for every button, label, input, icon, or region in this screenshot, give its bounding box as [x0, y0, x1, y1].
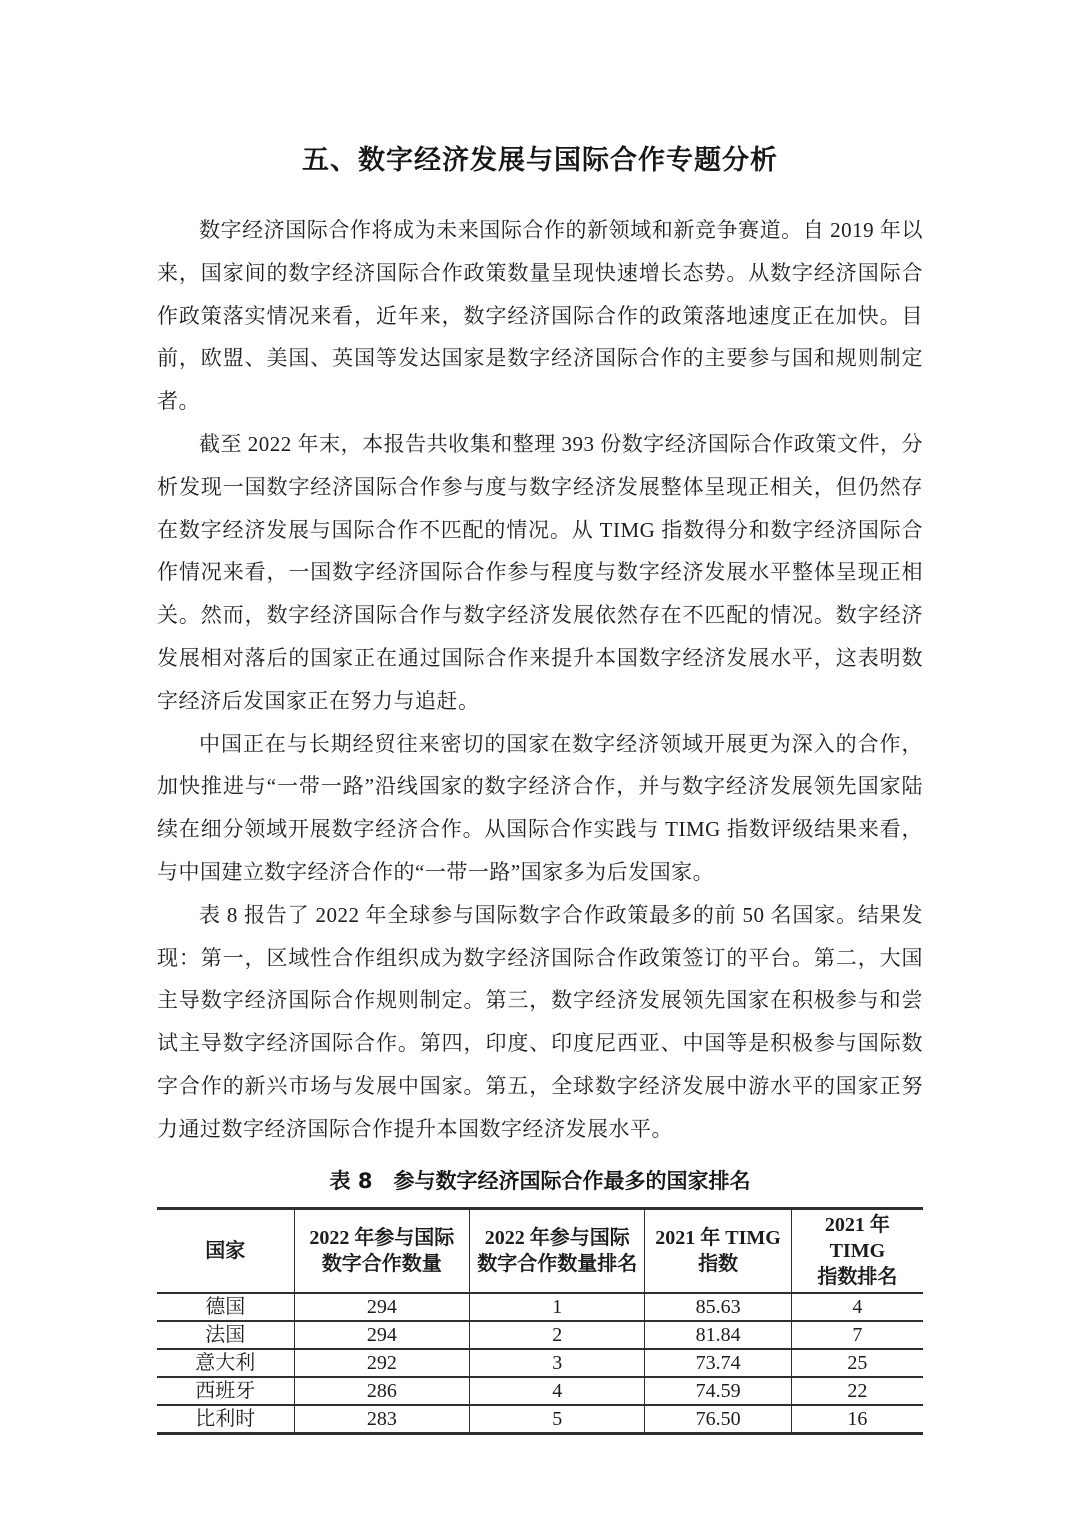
header-2022-cooperation-count: 2022 年参与国际数字合作数量: [294, 1208, 469, 1293]
header-line: 数字合作数量排名: [474, 1251, 640, 1277]
header-2021-timg-rank: 2021 年 TIMG指数排名: [791, 1208, 923, 1293]
header-line: 指数: [649, 1251, 786, 1277]
table-caption: 表 8 参与数字经济国际合作最多的国家排名: [157, 1165, 923, 1195]
cell-count-rank: 2: [470, 1321, 645, 1349]
cell-count: 294: [294, 1321, 469, 1349]
page-title: 五、数字经济发展与国际合作专题分析: [157, 138, 923, 177]
cell-count: 294: [294, 1293, 469, 1321]
cell-timg-index: 81.84: [645, 1321, 791, 1349]
cell-count-rank: 4: [470, 1377, 645, 1405]
cell-country: 德国: [157, 1293, 294, 1321]
cell-count: 292: [294, 1349, 469, 1377]
cell-timg-index: 74.59: [645, 1377, 791, 1405]
cell-timg-rank: 7: [791, 1321, 923, 1349]
cell-count-rank: 1: [470, 1293, 645, 1321]
cell-timg-index: 73.74: [645, 1349, 791, 1377]
header-2022-cooperation-rank: 2022 年参与国际数字合作数量排名: [470, 1208, 645, 1293]
cell-count: 286: [294, 1377, 469, 1405]
cell-timg-rank: 25: [791, 1349, 923, 1377]
cell-count: 283: [294, 1405, 469, 1434]
cell-count-rank: 5: [470, 1405, 645, 1434]
cell-timg-rank: 16: [791, 1405, 923, 1434]
header-line: 2022 年参与国际: [299, 1225, 465, 1251]
header-line: 2021 年 TIMG: [796, 1212, 919, 1264]
table-header-row: 国家 2022 年参与国际数字合作数量 2022 年参与国际数字合作数量排名 2…: [157, 1208, 923, 1293]
paragraph-table8-findings: 表 8 报告了 2022 年全球参与国际数字合作政策最多的前 50 名国家。结果…: [157, 894, 923, 1151]
table-row-italy: 意大利 292 3 73.74 25: [157, 1349, 923, 1377]
table-row-france: 法国 294 2 81.84 7: [157, 1321, 923, 1349]
paragraph-china-cooperation: 中国正在与长期经贸往来密切的国家在数字经济领域开展更为深入的合作，加快推进与“一…: [157, 723, 923, 894]
table-row-belgium: 比利时 283 5 76.50 16: [157, 1405, 923, 1434]
cell-country: 西班牙: [157, 1377, 294, 1405]
cell-count-rank: 3: [470, 1349, 645, 1377]
cell-country: 法国: [157, 1321, 294, 1349]
document-page: 五、数字经济发展与国际合作专题分析 数字经济国际合作将成为未来国际合作的新领域和…: [0, 0, 1080, 1527]
header-line: 国家: [161, 1238, 290, 1264]
document-body: 数字经济国际合作将成为未来国际合作的新领域和新竞争赛道。自 2019 年以来，国…: [157, 209, 923, 1151]
table-row-spain: 西班牙 286 4 74.59 22: [157, 1377, 923, 1405]
header-line: 指数排名: [796, 1264, 919, 1290]
header-2021-timg-index: 2021 年 TIMG指数: [645, 1208, 791, 1293]
cell-timg-index: 85.63: [645, 1293, 791, 1321]
header-country: 国家: [157, 1208, 294, 1293]
header-line: 2022 年参与国际: [474, 1225, 640, 1251]
paragraph-policy-analysis: 截至 2022 年末，本报告共收集和整理 393 份数字经济国际合作政策文件，分…: [157, 423, 923, 723]
table-row-germany: 德国 294 1 85.63 4: [157, 1293, 923, 1321]
paragraph-intro: 数字经济国际合作将成为未来国际合作的新领域和新竞争赛道。自 2019 年以来，国…: [157, 209, 923, 423]
header-line: 数字合作数量: [299, 1251, 465, 1277]
cell-timg-index: 76.50: [645, 1405, 791, 1434]
cell-timg-rank: 22: [791, 1377, 923, 1405]
cell-timg-rank: 4: [791, 1293, 923, 1321]
cell-country: 比利时: [157, 1405, 294, 1434]
country-ranking-table: 国家 2022 年参与国际数字合作数量 2022 年参与国际数字合作数量排名 2…: [157, 1207, 923, 1435]
cell-country: 意大利: [157, 1349, 294, 1377]
header-line: 2021 年 TIMG: [649, 1225, 786, 1251]
